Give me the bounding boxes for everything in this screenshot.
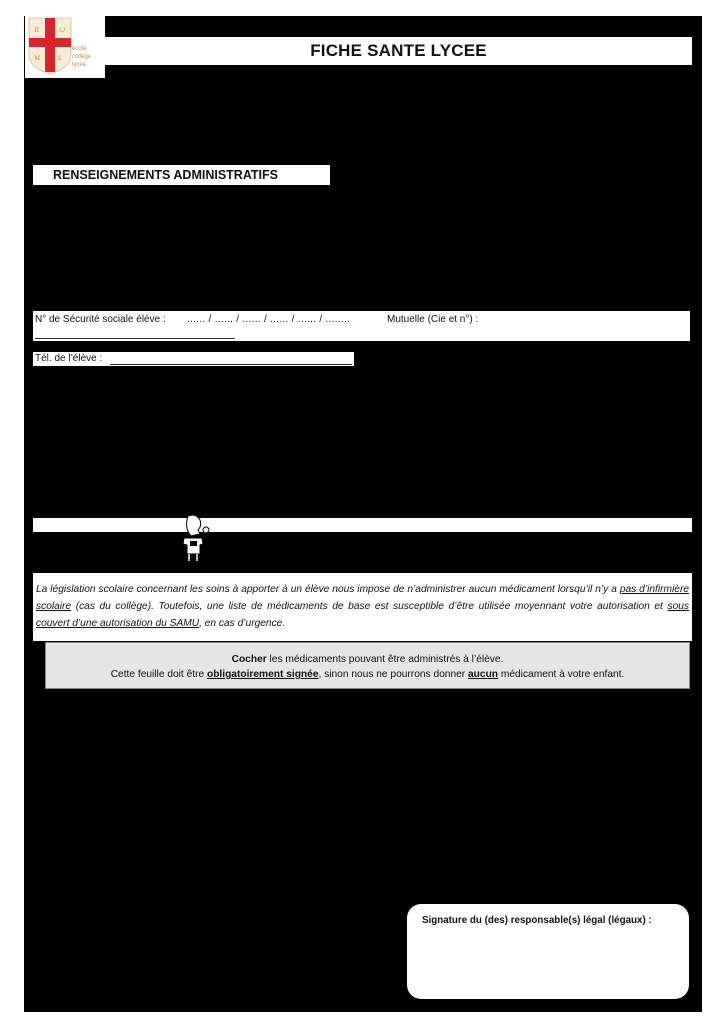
instruction-emphasis-signed: obligatoirement signée	[207, 669, 319, 680]
instruction-text-b: , sinon nous ne pourrons donner	[318, 669, 468, 680]
nurse-figure-icon	[176, 514, 214, 562]
svg-text:π: π	[34, 25, 39, 34]
mutuelle-label: Mutuelle (Cie et n°) :	[387, 314, 478, 325]
signature-field[interactable]	[422, 934, 674, 989]
phone-field[interactable]	[110, 364, 352, 365]
legal-text-2: (cas du collège). Toutefois, une liste d…	[71, 601, 667, 612]
phone-row: Tél. de l’élève :	[33, 352, 354, 366]
logo-caption: école collège lycée	[72, 45, 91, 69]
section-title-admin: RENSEIGNEMENTS ADMINISTRATIFS	[33, 165, 330, 185]
ss-number-field[interactable]: ...... / ...... / ...... / ...... / ....…	[187, 314, 350, 325]
medication-instructions: Cocher les médicaments pouvant être admi…	[45, 642, 690, 689]
signature-box: Signature du (des) responsable(s) légal …	[407, 904, 689, 999]
logo-text-lycee: lycée	[72, 61, 91, 69]
svg-text:м: м	[34, 53, 40, 62]
section-band	[33, 518, 692, 532]
crest-icon: π ∪ м ε	[27, 16, 73, 76]
page-title: FICHE SANTE LYCEE	[310, 41, 487, 61]
instruction-line-1: Cocher les médicaments pouvant être admi…	[46, 652, 689, 667]
instruction-text-a: Cette feuille doit être	[111, 669, 207, 680]
legal-text-1: La législation scolaire concernant les s…	[36, 584, 620, 595]
social-security-row: N° de Sécurité sociale élève : ...... / …	[33, 311, 690, 341]
instruction-emphasis-none: aucun	[468, 669, 498, 680]
ss-label: N° de Sécurité sociale élève :	[35, 314, 166, 325]
phone-label: Tél. de l’élève :	[35, 352, 102, 366]
logo-text-college: collège	[72, 53, 91, 61]
ss-underline	[35, 338, 235, 339]
signature-label: Signature du (des) responsable(s) légal …	[422, 915, 652, 926]
svg-text:ε: ε	[58, 53, 62, 62]
instruction-line-2: Cette feuille doit être obligatoirement …	[46, 667, 689, 682]
school-logo: π ∪ м ε école collège lycée	[25, 14, 105, 78]
instruction-text: les médicaments pouvant être administrés…	[267, 654, 504, 665]
svg-text:∪: ∪	[59, 25, 66, 34]
title-bar: FICHE SANTE LYCEE	[105, 37, 692, 65]
instruction-bold: Cocher	[232, 654, 267, 665]
legal-text-3: , en cas d’urgence.	[199, 618, 285, 629]
legal-notice: La législation scolaire concernant les s…	[33, 573, 692, 641]
instruction-text-c: médicament à votre enfant.	[498, 669, 624, 680]
logo-text-ecole: école	[72, 45, 91, 53]
